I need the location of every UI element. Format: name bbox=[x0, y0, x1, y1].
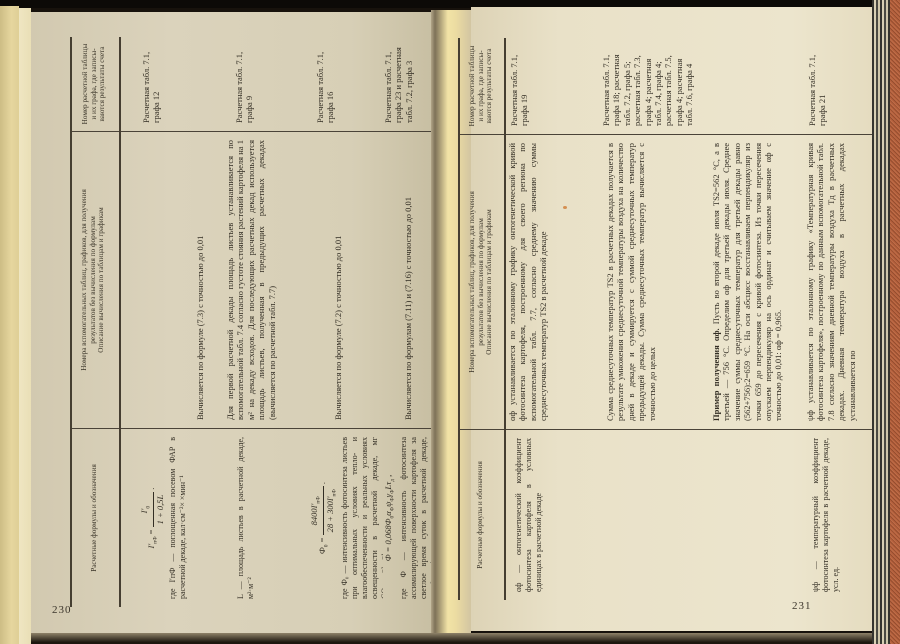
result-text: Расчетная табл. 7.1, графа 18; расчетная… bbox=[601, 54, 694, 126]
cell-aux-r2: Сумма среднесуточных температур TS2 в ра… bbox=[599, 135, 701, 429]
aux-text: ψф устанавливается по эталонному графику… bbox=[805, 143, 857, 421]
formula-note: ψф — температурный коэффициент фотосинте… bbox=[811, 438, 841, 592]
formula-lhs: I′пФ bbox=[146, 536, 156, 548]
left-header-rule bbox=[119, 37, 121, 607]
cell-aux-r1: αф устанавливается по эталонному графику… bbox=[504, 135, 599, 429]
aux-text: Сумма среднесуточных температур TS2 в ра… bbox=[605, 143, 657, 421]
left-rotated-table-wrapper: Расчетные формулы и обозначения I′пФ = I… bbox=[70, 37, 432, 607]
left-header-aux: Номера вспомогательных таблиц, графиков,… bbox=[72, 132, 119, 428]
result-text: Расчетная табл. 7.1, графа 16 bbox=[315, 52, 335, 123]
header-result-line2: и их графа, где записы- bbox=[90, 43, 99, 125]
header-aux-line1: Номера вспомогательных таблиц, графиков,… bbox=[80, 138, 89, 422]
right-header-aux: Номера вспомогательных таблиц, графиков,… bbox=[460, 135, 504, 429]
formula-note: L — площадь листьев в расчетной декаде, … bbox=[236, 437, 256, 599]
result-text: Расчетная табл. 7.1, графа 23 и расчетна… bbox=[383, 47, 414, 123]
formula-eq: = bbox=[317, 535, 327, 544]
page-speck bbox=[563, 206, 567, 209]
header-aux-line2: результатов без вычисления по формулам bbox=[477, 141, 486, 423]
scan-bottom-shadow bbox=[31, 633, 872, 644]
fraction-num: I′0 bbox=[139, 492, 153, 528]
cell-aux-r4: ψф устанавливается по эталонному графику… bbox=[803, 135, 874, 429]
cell-formula-r1: αф — онтогенетический коэффициент фотоси… bbox=[504, 430, 599, 600]
right-header-formulas: Расчетные формулы и обозначения bbox=[460, 430, 504, 600]
formula-tail: . bbox=[317, 482, 327, 486]
header-result-line1: Номер расчетной таблицы bbox=[81, 43, 90, 125]
cell-result-r2: Расчетная табл. 7.1, графа 18; расчетная… bbox=[599, 38, 701, 134]
aux-text: Вычисляется по формуле (7.3) с точностью… bbox=[195, 236, 205, 420]
result-text: Расчетная табл. 7.1, графа 12 bbox=[141, 52, 161, 123]
aux-text: Вычисляется по формуле (7.2) с точностью… bbox=[333, 236, 343, 420]
left-calc-table: Расчетные формулы и обозначения I′пФ = I… bbox=[70, 37, 434, 607]
formula-eq: = bbox=[146, 527, 156, 536]
aux-text: Пусть во второй декаде июля TS2=562 °С, … bbox=[711, 143, 783, 421]
right-col-formulas: Расчетные формулы и обозначения αф — онт… bbox=[460, 430, 874, 600]
header-aux-line2: результатов без вычисления по формулам bbox=[89, 138, 98, 422]
aux-text: Вычисляется по формулам (7.11) и (7.16) … bbox=[403, 197, 413, 420]
right-page-number: 231 bbox=[792, 600, 812, 612]
header-formulas-text: Расчетные формулы и обозначения bbox=[476, 461, 484, 569]
header-result-line3: ваются результаты счета bbox=[485, 44, 494, 128]
cell-aux-r4: Вычисляется по формулам (7.11) и (7.16) … bbox=[383, 132, 434, 428]
right-col-aux: Номера вспомогательных таблиц, графиков,… bbox=[460, 135, 874, 430]
formula-f0: Ф0 = 8400I′пФ28 + 300I′пФ . bbox=[309, 437, 337, 599]
cell-result-r3 bbox=[701, 38, 803, 134]
cell-formula-r3: Ф0 = 8400I′пФ28 + 300I′пФ . где Ф₀ — инт… bbox=[307, 429, 383, 607]
left-col-formulas: Расчетные формулы и обозначения I′пФ = I… bbox=[72, 429, 434, 607]
right-col-result: Номер расчетной таблицы и их графа, где … bbox=[460, 38, 874, 135]
cell-result-r4: Расчетная табл. 7.1, графа 21 bbox=[803, 38, 874, 134]
fraction: 8400I′пФ28 + 300I′пФ bbox=[309, 486, 337, 535]
cell-formula-r4: ψф — температурный коэффициент фотосинте… bbox=[803, 430, 874, 600]
page-stack-edge-left-inner bbox=[19, 8, 31, 644]
cell-result-r4: Расчетная табл. 7.1, графа 23 и расчетна… bbox=[383, 37, 434, 131]
page-stack-edge-left bbox=[0, 6, 19, 644]
book-cover bbox=[890, 0, 900, 644]
cell-formula-r2 bbox=[599, 430, 701, 600]
result-text: Расчетная табл. 7.1, графа 9 bbox=[234, 52, 254, 123]
right-header-rule bbox=[504, 38, 506, 600]
right-rotated-table-wrapper: Расчетные формулы и обозначения αф — онт… bbox=[458, 38, 872, 600]
fraction-num: 8400I′пФ bbox=[309, 486, 323, 535]
fraction-den: 1 + 0,5L bbox=[153, 492, 165, 528]
cell-result-r1: Расчетная табл. 7.1, графа 19 bbox=[504, 38, 599, 134]
aux-text: Для первой расчетной декады площадь лист… bbox=[225, 140, 277, 420]
result-text: Расчетная табл. 7.1, графа 21 bbox=[807, 55, 827, 126]
left-col-result: Номер расчетной таблицы и их графа, где … bbox=[72, 37, 434, 132]
cell-formula-r1: I′пФ = I′01 + 0,5L . где I′пФ — поглощен… bbox=[119, 429, 222, 607]
header-result-line2: и их графа, где записы- bbox=[477, 44, 486, 128]
cell-aux-r1: Вычисляется по формуле (7.3) с точностью… bbox=[119, 132, 222, 428]
cell-aux-r3: Пример получения αф. Пусть во второй дек… bbox=[701, 135, 803, 429]
cell-aux-r3: Вычисляется по формуле (7.2) с точностью… bbox=[307, 132, 383, 428]
cell-result-r1: Расчетная табл. 7.1, графа 12 bbox=[119, 37, 222, 131]
header-result-line3: ваются результаты счета bbox=[98, 43, 107, 125]
cell-formula-r2: L — площадь листьев в расчетной декаде, … bbox=[222, 429, 307, 607]
formula-ipf: I′пФ = I′01 + 0,5L . bbox=[139, 437, 165, 599]
left-page-number: 230 bbox=[52, 604, 72, 616]
formula-note: где Ф₀ — интенсивность фотосинтеза листь… bbox=[340, 437, 383, 599]
left-header-formulas: Расчетные формулы и обозначения bbox=[72, 429, 119, 607]
formula-note: где Ф — интенсивность фотосинтеза ассими… bbox=[399, 437, 434, 599]
cell-aux-r2: Для первой расчетной декады площадь лист… bbox=[222, 132, 307, 428]
formula-note: где I′пФ — поглощенная посевом ФАР в рас… bbox=[168, 437, 188, 599]
left-header-result: Номер расчетной таблицы и их графа, где … bbox=[72, 37, 119, 131]
header-result-line1: Номер расчетной таблицы bbox=[468, 44, 477, 128]
right-calc-table: Расчетные формулы и обозначения αф — онт… bbox=[458, 38, 874, 600]
header-aux-line3: Описание вычисления по таблицам и график… bbox=[485, 141, 494, 423]
right-header-result: Номер расчетной таблицы и их графа, где … bbox=[460, 38, 504, 134]
header-formulas-text: Расчетные формулы и обозначения bbox=[90, 464, 98, 572]
result-text: Расчетная табл. 7.1, графа 19 bbox=[509, 55, 529, 126]
formula-f: Ф = 0,068Ф0αФψФγФLτд , bbox=[383, 437, 396, 599]
formula-lhs: Ф0 bbox=[317, 544, 327, 554]
page-stack-edge-right bbox=[872, 0, 890, 644]
cell-result-r3: Расчетная табл. 7.1, графа 16 bbox=[307, 37, 383, 131]
fraction: I′01 + 0,5L bbox=[139, 492, 165, 528]
aux-example-lead: Пример получения αф. bbox=[711, 328, 721, 421]
formula-note: αф — онтогенетический коэффициент фотоси… bbox=[514, 438, 544, 592]
book-scan: Расчетные формулы и обозначения I′пФ = I… bbox=[0, 0, 900, 644]
fraction-den: 28 + 300I′пФ bbox=[323, 486, 338, 535]
header-aux-line3: Описание вычисления по таблицам и график… bbox=[97, 138, 106, 422]
aux-text: αф устанавливается по эталонному графику… bbox=[507, 143, 548, 421]
cell-result-r2: Расчетная табл. 7.1, графа 9 bbox=[222, 37, 307, 131]
formula-tail: . bbox=[146, 488, 156, 492]
cell-formula-r3 bbox=[701, 430, 803, 600]
header-aux-line1: Номера вспомогательных таблиц, графиков,… bbox=[468, 141, 477, 423]
cell-formula-r4: Ф = 0,068Ф0αФψФγФLτд , где Ф — интенсивн… bbox=[383, 429, 434, 607]
left-col-aux: Номера вспомогательных таблиц, графиков,… bbox=[72, 132, 434, 429]
